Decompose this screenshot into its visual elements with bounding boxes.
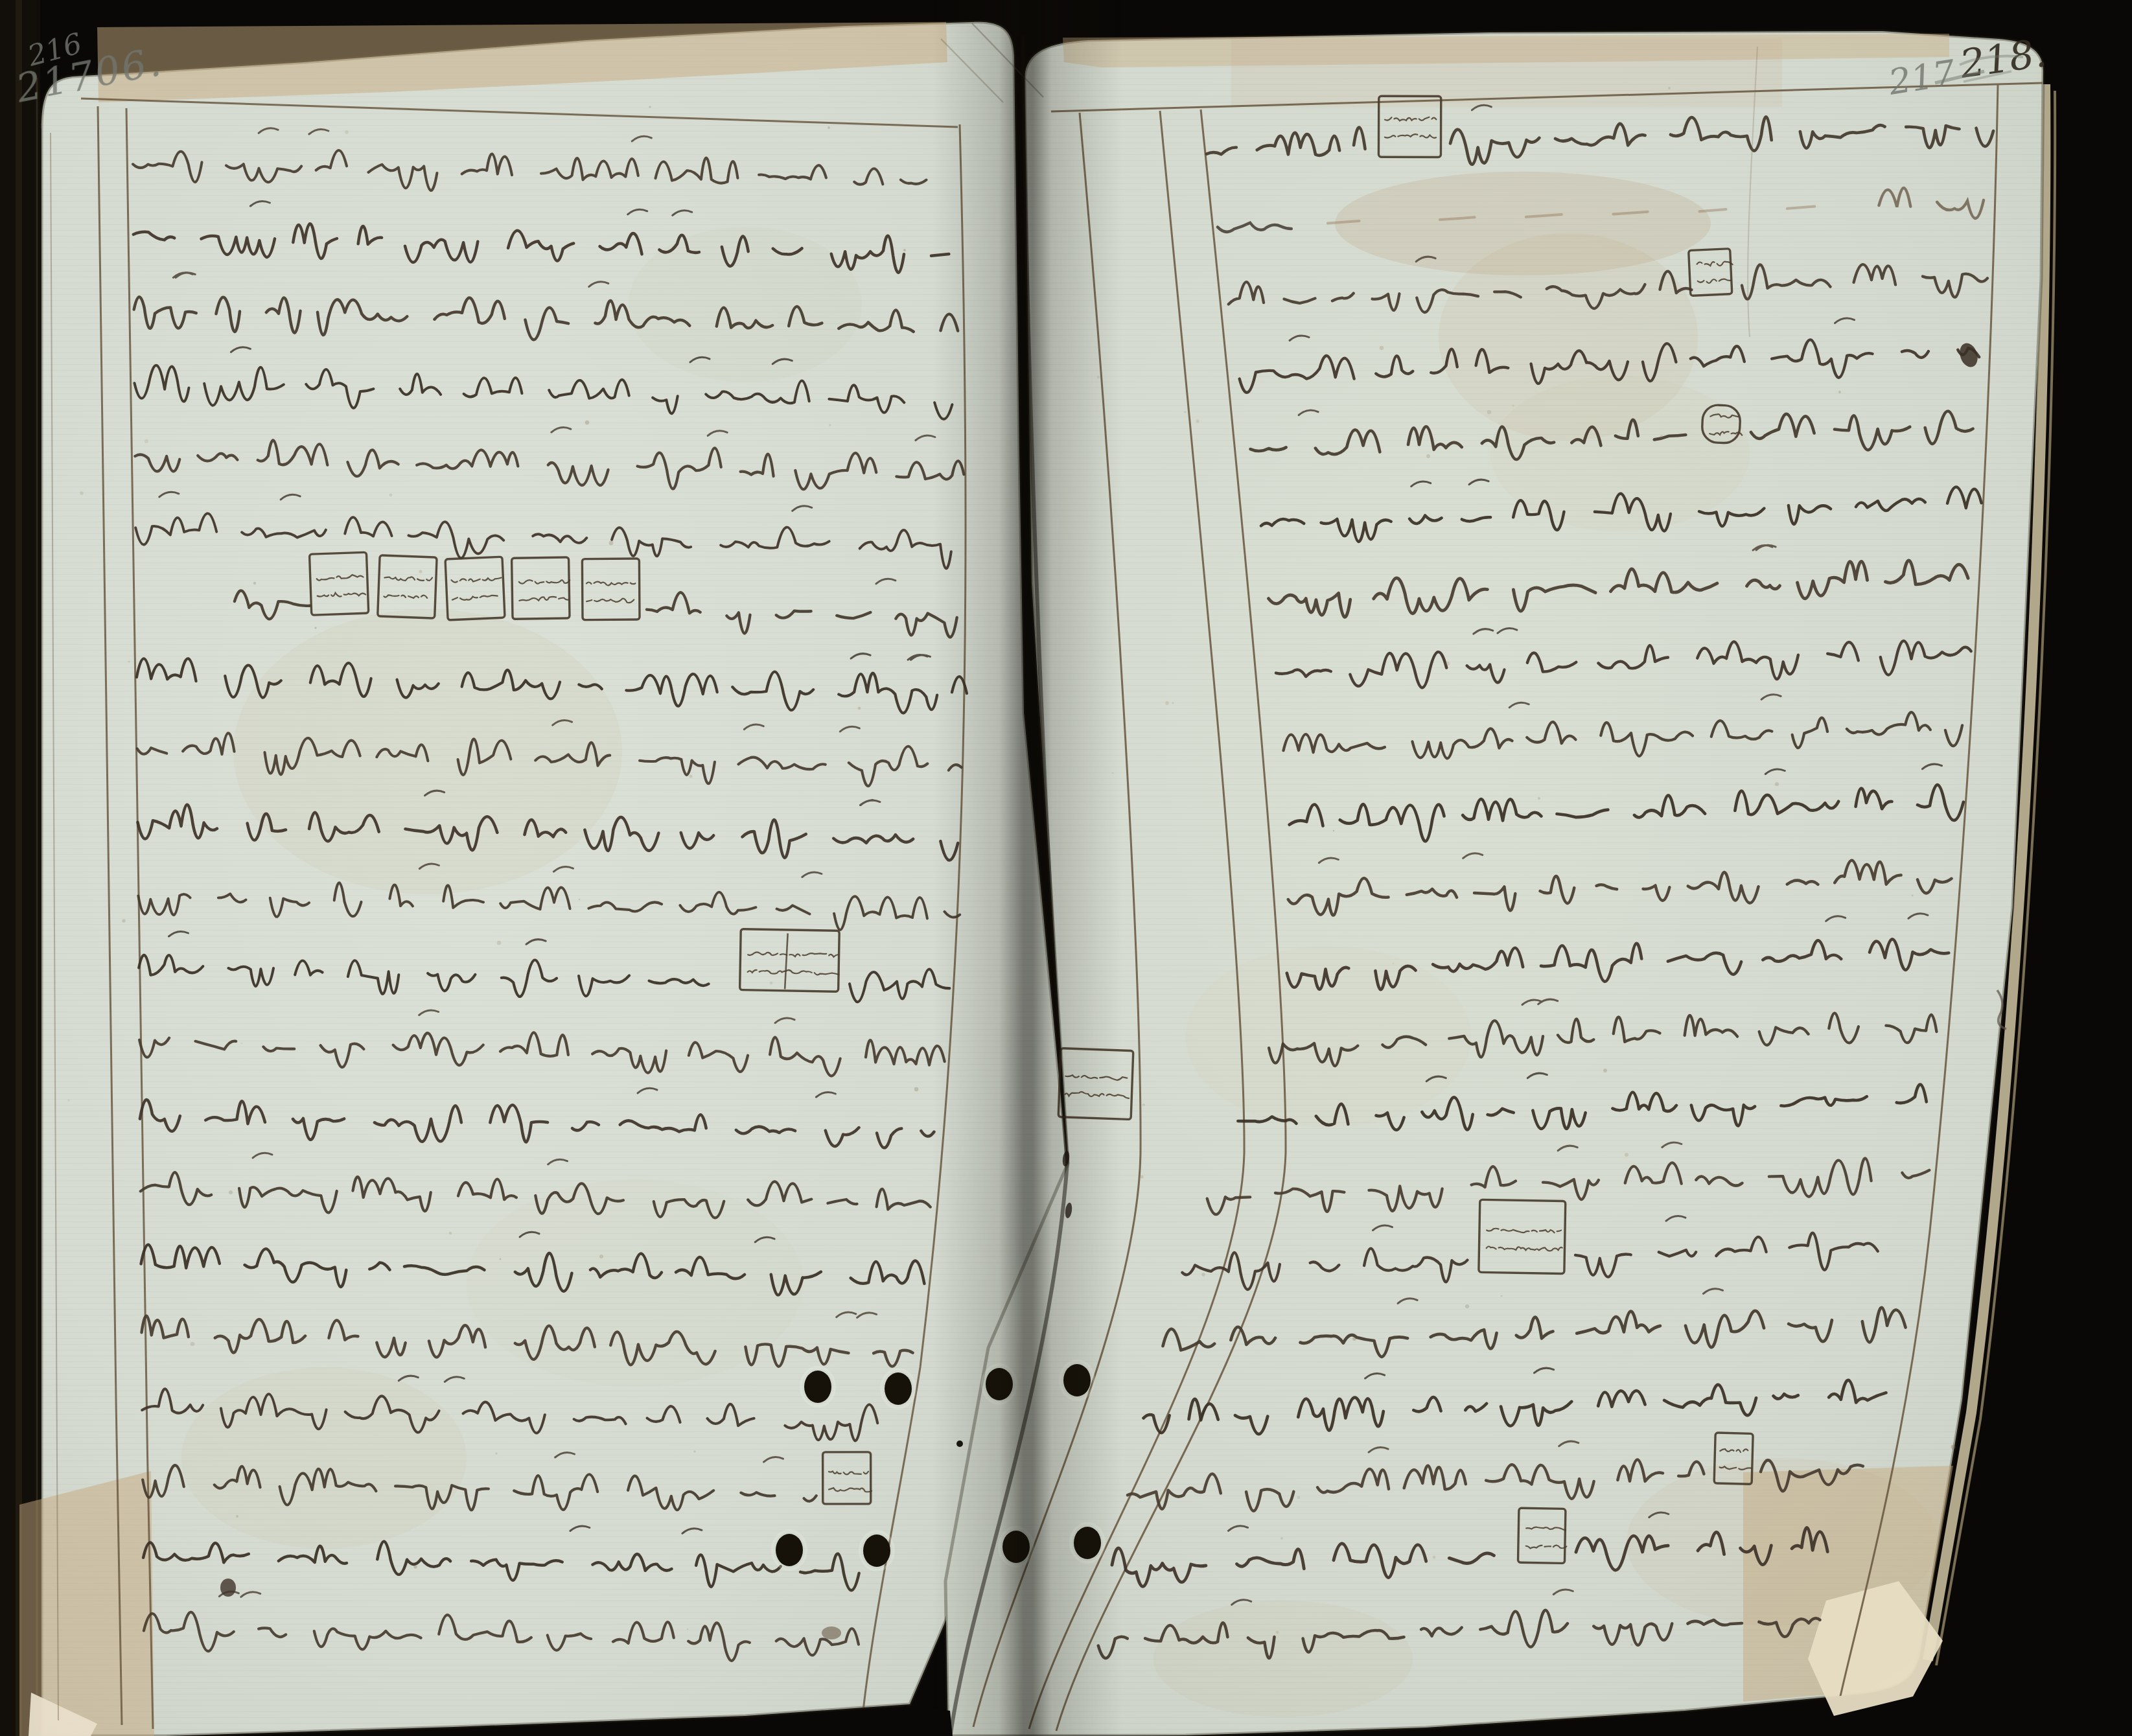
- paper-speck: [497, 941, 501, 945]
- paper-speck: [693, 1450, 696, 1453]
- paper-speck: [1625, 1153, 1628, 1157]
- paper-speck: [664, 1415, 666, 1417]
- binding-hole: [885, 1372, 912, 1405]
- paper-speck: [1380, 346, 1384, 350]
- paper-speck: [585, 421, 589, 424]
- paper-speck: [1201, 1273, 1205, 1276]
- paper-speck: [914, 1087, 918, 1091]
- tape-tint: [1231, 39, 1782, 107]
- paper-speck: [1185, 411, 1187, 413]
- paper-speck: [1172, 702, 1174, 704]
- ink-blot: [220, 1579, 236, 1597]
- paper-speck: [80, 491, 83, 494]
- paper-speck: [314, 627, 316, 629]
- paper-speck: [579, 899, 581, 901]
- paper-speck: [1276, 1631, 1279, 1634]
- paper-speck: [413, 1565, 417, 1568]
- manuscript-scene: 216 21706. 217 218.: [0, 0, 2132, 1736]
- paper-speck: [609, 541, 614, 546]
- paper-speck: [241, 1043, 243, 1045]
- paper-speck: [1660, 435, 1663, 439]
- paper-speck: [449, 1232, 452, 1234]
- paper-speck: [253, 582, 256, 584]
- paper-speck: [1538, 797, 1540, 800]
- binding-hole: [776, 1534, 803, 1566]
- paper-speck: [1512, 405, 1514, 407]
- paper-speck: [1603, 1069, 1607, 1072]
- paper-speck: [1501, 1295, 1503, 1297]
- paper-speck: [1951, 1445, 1956, 1450]
- paper-speck: [122, 919, 125, 922]
- binding-hole: [804, 1371, 831, 1403]
- paper-speck: [1630, 1643, 1633, 1646]
- paper-speck: [229, 1190, 233, 1194]
- paper-speck: [689, 775, 693, 778]
- paper-speck: [858, 707, 861, 710]
- manuscript-photo: 216 21706. 217 218.: [0, 0, 2132, 1736]
- paper-speck: [1433, 1556, 1436, 1559]
- paper-speck: [1668, 87, 1671, 89]
- paper-speck: [236, 1515, 238, 1518]
- tape-patch: [19, 1471, 154, 1736]
- book-spine: [0, 0, 40, 1736]
- paper-speck: [1838, 391, 1841, 393]
- paper-speck: [770, 982, 773, 985]
- paper-speck: [1165, 701, 1169, 705]
- paper-speck: [903, 249, 906, 251]
- paper-speck: [1140, 1175, 1143, 1178]
- paper-speck: [128, 660, 130, 662]
- paper-speck: [145, 439, 148, 443]
- paper-speck: [419, 570, 423, 573]
- ink-smear: [822, 1626, 841, 1639]
- paper-speck: [1912, 895, 1914, 897]
- paper-speck: [1196, 419, 1199, 422]
- paper-speck: [1687, 807, 1689, 809]
- paper-speck: [599, 1255, 603, 1258]
- paper-speck: [345, 130, 349, 134]
- paper-speck: [1193, 1404, 1197, 1407]
- paper-speck: [1446, 662, 1450, 665]
- paper-speck: [1280, 1537, 1283, 1540]
- paper-speck: [67, 1099, 69, 1101]
- paper-speck: [1426, 454, 1430, 458]
- paper-speck: [829, 424, 831, 426]
- paper-speck: [144, 1410, 146, 1412]
- paper-speck: [1352, 1337, 1356, 1341]
- paper-speck: [1465, 1304, 1469, 1308]
- binding-hole: [863, 1534, 890, 1567]
- paper-speck: [649, 106, 651, 108]
- paper-speck: [1142, 1104, 1145, 1106]
- paper-speck: [1333, 830, 1334, 831]
- paper-speck: [828, 126, 830, 129]
- paper-speck: [1393, 963, 1395, 965]
- paper-speck: [1297, 1496, 1301, 1499]
- paper-speck: [1775, 782, 1779, 786]
- paper-speck: [500, 1258, 502, 1260]
- paper-speck: [1487, 410, 1492, 415]
- paper-speck: [687, 1628, 688, 1630]
- paper-speck: [389, 494, 393, 497]
- gutter-shadow: [901, 0, 1121, 1736]
- paper-speck: [495, 1452, 497, 1454]
- paper-speck: [191, 1342, 195, 1347]
